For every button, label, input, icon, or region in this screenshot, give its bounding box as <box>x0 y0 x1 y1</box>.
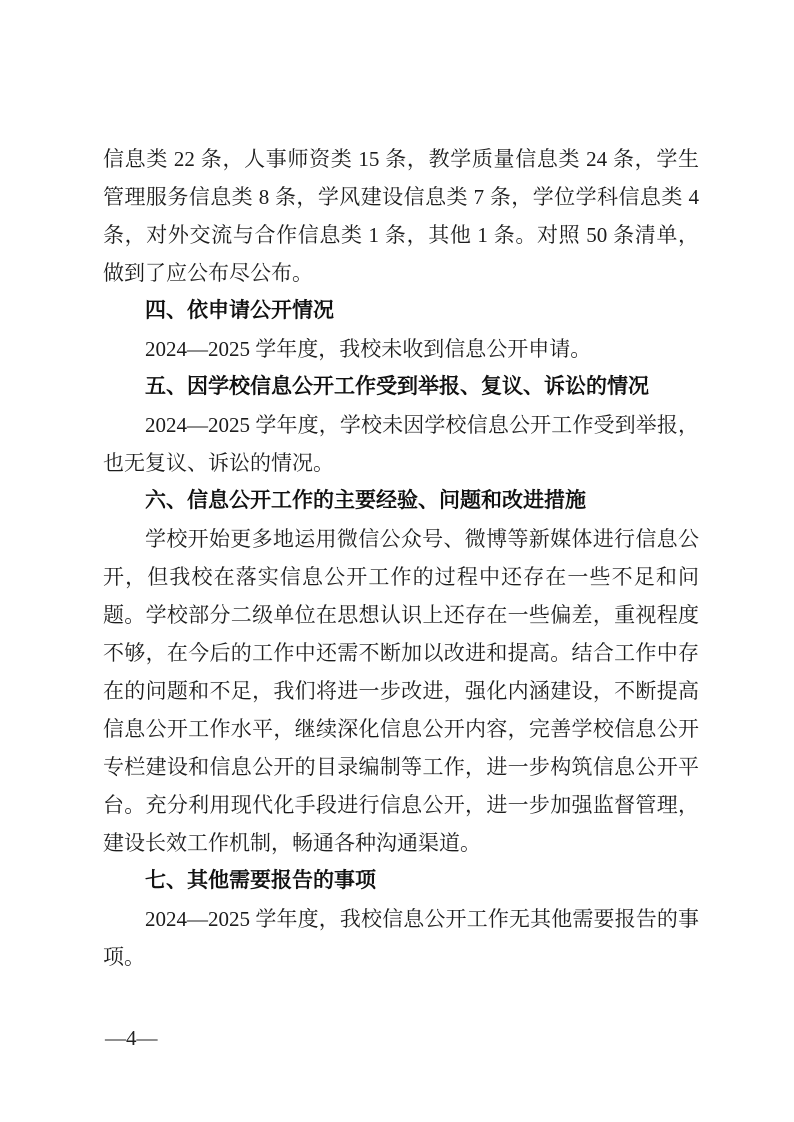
page-number: —4— <box>105 1026 158 1050</box>
section-6-heading: 六、信息公开工作的主要经验、问题和改进措施 <box>103 482 699 520</box>
section-5-heading: 五、因学校信息公开工作受到举报、复议、诉讼的情况 <box>103 368 699 406</box>
section-4-paragraph: 2024—2025 学年度，我校未收到信息公开申请。 <box>103 330 699 368</box>
section-7-heading: 七、其他需要报告的事项 <box>103 862 699 900</box>
section-7-paragraph: 2024—2025 学年度，我校信息公开工作无其他需要报告的事项。 <box>103 900 699 976</box>
section-6-paragraph: 学校开始更多地运用微信公众号、微博等新媒体进行信息公开，但我校在落实信息公开工作… <box>103 520 699 862</box>
document-page: 信息类 22 条，人事师资类 15 条，教学质量信息类 24 条，学生管理服务信… <box>0 0 794 1122</box>
section-4-heading: 四、依申请公开情况 <box>103 292 699 330</box>
continuation-paragraph: 信息类 22 条，人事师资类 15 条，教学质量信息类 24 条，学生管理服务信… <box>103 140 699 292</box>
document-body: 信息类 22 条，人事师资类 15 条，教学质量信息类 24 条，学生管理服务信… <box>103 140 699 976</box>
section-5-paragraph: 2024—2025 学年度，学校未因学校信息公开工作受到举报，也无复议、诉讼的情… <box>103 406 699 482</box>
